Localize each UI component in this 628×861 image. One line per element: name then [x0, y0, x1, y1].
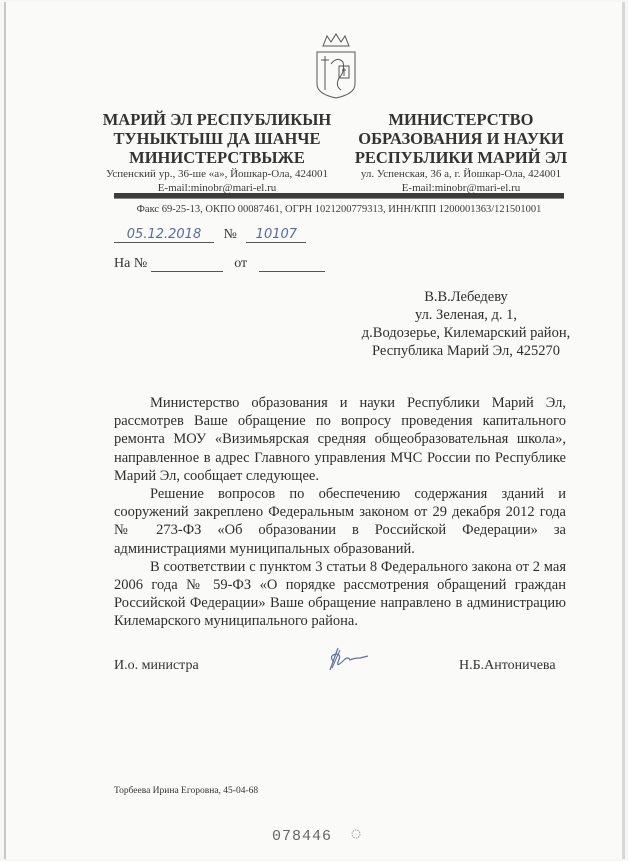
body-paragraph: Министерство образования и науки Республ…: [114, 394, 566, 485]
recipient-locality: д.Водозерье, Килемарский район,: [336, 324, 596, 342]
registration-date: 05.12.2018: [114, 227, 214, 243]
signatory-title: И.о. министра: [114, 658, 199, 674]
body-paragraph: Решение вопросов по обеспечению содержан…: [114, 485, 566, 558]
address-line: ул. Успенская, 36 а, г. Йошкар-Ола, 4240…: [341, 167, 581, 181]
letter-page: МАРИЙ ЭЛ РЕСПУБЛИКЫН ТУНЫКТЫШ ДА ШАНЧЕ М…: [4, 2, 625, 859]
reply-from-label: от: [234, 256, 247, 271]
recipient-street: ул. Зеленая, д. 1,: [336, 306, 596, 324]
reply-reference-line: На № от: [114, 256, 325, 272]
registration-line: 05.12.2018 № 10107: [114, 227, 306, 243]
recipient-block: В.В.Лебедеву ул. Зеленая, д. 1, д.Водозе…: [336, 288, 596, 360]
number-label: №: [224, 227, 237, 242]
body-paragraph: В соответствии с пунктом 3 статьи 8 Феде…: [114, 558, 566, 631]
form-serial-number: 078446: [272, 828, 332, 845]
title-line: ОБРАЗОВАНИЯ И НАУКИ: [341, 129, 581, 148]
letterhead-divider: [114, 193, 564, 199]
coat-of-arms-icon: [311, 32, 361, 107]
requisites-line: Факс 69-25-13, ОКПО 00087461, ОГРН 10212…: [114, 204, 564, 215]
title-line: МИНИСТЕРСТВО: [341, 110, 581, 129]
letterhead-address-russian: ул. Успенская, 36 а, г. Йошкар-Ола, 4240…: [341, 167, 581, 195]
signatory-name: Н.Б.Антоничева: [459, 658, 556, 674]
recipient-region: Республика Марий Эл, 425270: [336, 342, 596, 360]
handwritten-signature-icon: [324, 642, 374, 674]
recipient-name: В.В.Лебедеву: [336, 288, 596, 306]
serial-rosette-icon: [350, 828, 362, 840]
registration-number: 10107: [246, 227, 306, 243]
executor-contact: Торбеева Ирина Егоровна, 45-04-68: [114, 786, 258, 796]
reply-number-blank: [151, 257, 223, 272]
title-line: ТУНЫКТЫШ ДА ШАНЧЕ: [102, 129, 332, 148]
letterhead-title-russian: МИНИСТЕРСТВО ОБРАЗОВАНИЯ И НАУКИ РЕСПУБЛ…: [341, 110, 581, 167]
letterhead-title-mari: МАРИЙ ЭЛ РЕСПУБЛИКЫН ТУНЫКТЫШ ДА ШАНЧЕ М…: [102, 110, 332, 167]
address-line: Успенский ур., 36-ше «а», Йошкар-Ола, 42…: [102, 167, 332, 181]
title-line: МИНИСТЕРСТВЫЖЕ: [102, 148, 332, 167]
title-line: РЕСПУБЛИКИ МАРИЙ ЭЛ: [341, 148, 581, 167]
letterhead-address-mari: Успенский ур., 36-ше «а», Йошкар-Ола, 42…: [102, 167, 332, 195]
title-line: МАРИЙ ЭЛ РЕСПУБЛИКЫН: [102, 110, 332, 129]
reply-label: На №: [114, 256, 147, 271]
letter-body: Министерство образования и науки Республ…: [114, 394, 566, 631]
reply-date-blank: [259, 257, 325, 272]
